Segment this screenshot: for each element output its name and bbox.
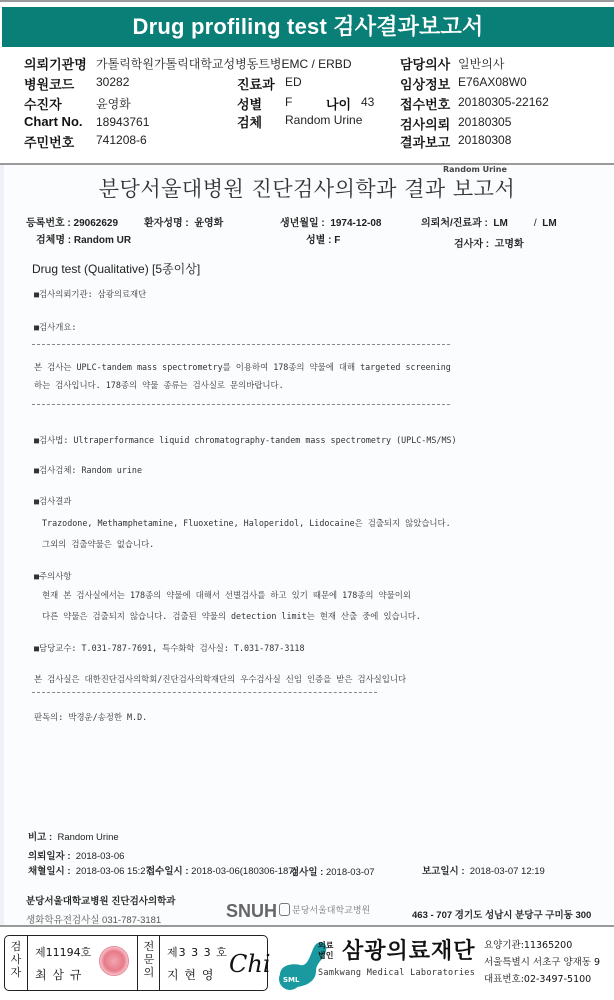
top-border xyxy=(0,0,614,2)
report-title: Drug profiling test 검사결과보고서 xyxy=(133,14,484,39)
line-caution-label: ■주의사항 xyxy=(34,570,71,582)
referring-dept: 의뢰처/진료과 : LM/ LM xyxy=(421,214,557,229)
lab-phone: 생화학유전검사실 031-787-3181 xyxy=(26,912,161,926)
reg-no: 등록번호 : 29062629 xyxy=(26,214,118,229)
sex-value: F xyxy=(285,95,292,109)
hospital-code-value: 30282 xyxy=(96,75,129,89)
test-name: Drug test (Qualitative) [5종이상] xyxy=(32,260,200,277)
line-contact: ■담당교수: T.031-787-7691, 특수화학 검사실: T.031-7… xyxy=(34,642,305,654)
handwritten-signature: Chi xyxy=(229,950,271,978)
clinical-value: E76AX08W0 xyxy=(458,75,527,89)
line-result-2: 그외의 검출약물은 없습니다. xyxy=(42,538,154,550)
svg-text:SML: SML xyxy=(283,976,300,984)
corp-type-label: 의료 법인 xyxy=(318,941,333,961)
snuh-logo-sub: 분당서울대학교병원 xyxy=(292,903,370,916)
lab-phone-main: 대표번호:02-3497-5100 xyxy=(484,971,591,985)
doctor-label: 담당의사 xyxy=(400,54,450,73)
line-cert: 본 검사실은 대한진단검사의학회/진단검사의학재단의 우수검사실 신임 인증을 … xyxy=(34,673,406,685)
request-date: 의뢰일자 : 2018-03-06 xyxy=(28,848,124,862)
line-overview-2: 하는 검사입니다. 178종의 약물 종류는 검사실로 문의바랍니다. xyxy=(34,379,284,391)
report-title-bar: Drug profiling test 검사결과보고서 xyxy=(2,7,614,47)
tester-vertical-label: 검사자 xyxy=(5,936,27,990)
age-value: 43 xyxy=(361,95,374,109)
scanned-report: Random Urine 분당서울대병원 진단검사의학과 결과 보고서 등록번호… xyxy=(0,165,614,925)
patient-value: 윤영화 xyxy=(96,95,131,112)
clinical-label: 임상정보 xyxy=(400,74,450,93)
specialist-name: 지 현 영 xyxy=(167,966,214,983)
tester-license: 제11194호 xyxy=(35,944,91,960)
dob: 생년월일 : 1974-12-08 xyxy=(280,214,381,229)
lab-address: 서울특별시 서초구 양재동 9 xyxy=(484,954,600,968)
signature-footer: 검사자 제11194호 최 삼 규 전문의 제3 3 3 호 지 현 영 Chi… xyxy=(0,925,614,1000)
receipt-label: 접수번호 xyxy=(400,94,450,113)
dashed-rule xyxy=(32,344,450,345)
lab-name: 삼광의료재단 xyxy=(342,934,476,965)
specimen-name: 검체명 : Random UR xyxy=(36,231,131,246)
patient-label: 수진자 xyxy=(24,94,62,113)
line-overview-label: ■검사개요: xyxy=(34,321,76,333)
report-value: 20180308 xyxy=(458,133,511,147)
patient-info-panel: 의뢰기관명 가톨릭학원가톨릭대학교성병동트병EMC / ERBD 담당의사 일반… xyxy=(0,52,614,152)
cell-divider xyxy=(159,936,160,990)
request-value: 20180305 xyxy=(458,115,511,129)
resident-value: 741208-6 xyxy=(96,133,147,147)
patient-name: 환자성명 : 윤영화 xyxy=(144,214,223,229)
lab-name-english: Samkwang Medical Laboratories xyxy=(318,968,475,978)
dept-label: 진료과 xyxy=(237,74,275,93)
institution-value: 가톨릭학원가톨릭대학교성병동트병EMC / ERBD xyxy=(96,55,351,72)
seal-stamp-icon xyxy=(99,946,129,976)
line-caution-1: 현재 본 검사실에서는 178종의 약물에 대해서 선별검사를 하고 있기 때문… xyxy=(42,589,411,601)
line-method: ■검사법: Ultraperformance liquid chromatogr… xyxy=(34,434,457,446)
institution-label: 의뢰기관명 xyxy=(24,54,87,73)
line-result-1: Trazodone, Methamphetamine, Fluoxetine, … xyxy=(42,517,451,529)
hospital-code-label: 병원코드 xyxy=(24,74,74,93)
report-time: 보고일시 : 2018-03-07 12:19 xyxy=(422,863,545,877)
hospital-dept: 분당서울대학교병원 진단검사의학과 xyxy=(26,893,175,907)
tester: 검사자 : 고명화 xyxy=(454,235,524,250)
chart-value: 18943761 xyxy=(96,115,149,129)
tester-name: 최 삼 규 xyxy=(35,966,82,983)
resident-label: 주민번호 xyxy=(24,132,74,151)
scan-title: 분당서울대병원 진단검사의학과 결과 보고서 xyxy=(0,173,614,203)
cell-divider xyxy=(27,936,28,990)
footer-divider xyxy=(0,925,614,927)
dashed-rule xyxy=(32,692,377,693)
lab-code: 요양기관:11365200 xyxy=(484,937,572,951)
line-caution-2: 다른 약물은 검출되지 않습니다. 검출된 약물의 detection limi… xyxy=(42,610,421,622)
receive-time: 접수일시 : 2018-03-06(180306-187) xyxy=(146,863,297,877)
line-result-label: ■검사결과 xyxy=(34,495,71,507)
dashed-rule xyxy=(32,404,450,405)
note: 비고 : Random Urine xyxy=(28,829,119,843)
line-institution: ■검사의뢰기관: 삼광의료재단 xyxy=(34,288,146,300)
specimen-value: Random Urine xyxy=(285,113,362,127)
specialist-license: 제3 3 3 호 xyxy=(167,944,228,960)
collect-time: 채혈일시 : 2018-03-06 15:27 xyxy=(28,863,151,877)
snuh-logo: SNUH xyxy=(226,901,277,922)
request-label: 검사의뢰 xyxy=(400,114,450,133)
doctor-value: 일반의사 xyxy=(458,55,504,72)
report-label: 결과보고 xyxy=(400,132,450,151)
dept-value: ED xyxy=(285,75,302,89)
signature-box: 검사자 제11194호 최 삼 규 전문의 제3 3 3 호 지 현 영 Chi xyxy=(4,935,268,991)
scan-sex: 성별 : F xyxy=(306,231,340,246)
chart-label: Chart No. xyxy=(24,114,83,129)
age-label: 나이 xyxy=(326,94,351,113)
test-date: 검사일 : 2018-03-07 xyxy=(290,864,375,878)
scan-edge xyxy=(0,165,4,925)
hospital-address: 463 - 707 경기도 성남시 분당구 구미동 300 xyxy=(412,907,591,921)
sex-label: 성별 xyxy=(237,94,262,113)
line-specimen: ■검사검체: Random urine xyxy=(34,464,142,476)
line-reader: 판독의: 박경운/송정한 M.D. xyxy=(34,711,147,723)
specialist-vertical-label: 전문의 xyxy=(138,936,160,990)
receipt-value: 20180305-22162 xyxy=(458,95,549,109)
specimen-label: 검체 xyxy=(237,112,262,131)
line-overview-1: 본 검사는 UPLC-tandem mass spectrometry를 이용하… xyxy=(34,361,451,373)
shield-icon xyxy=(279,903,290,916)
